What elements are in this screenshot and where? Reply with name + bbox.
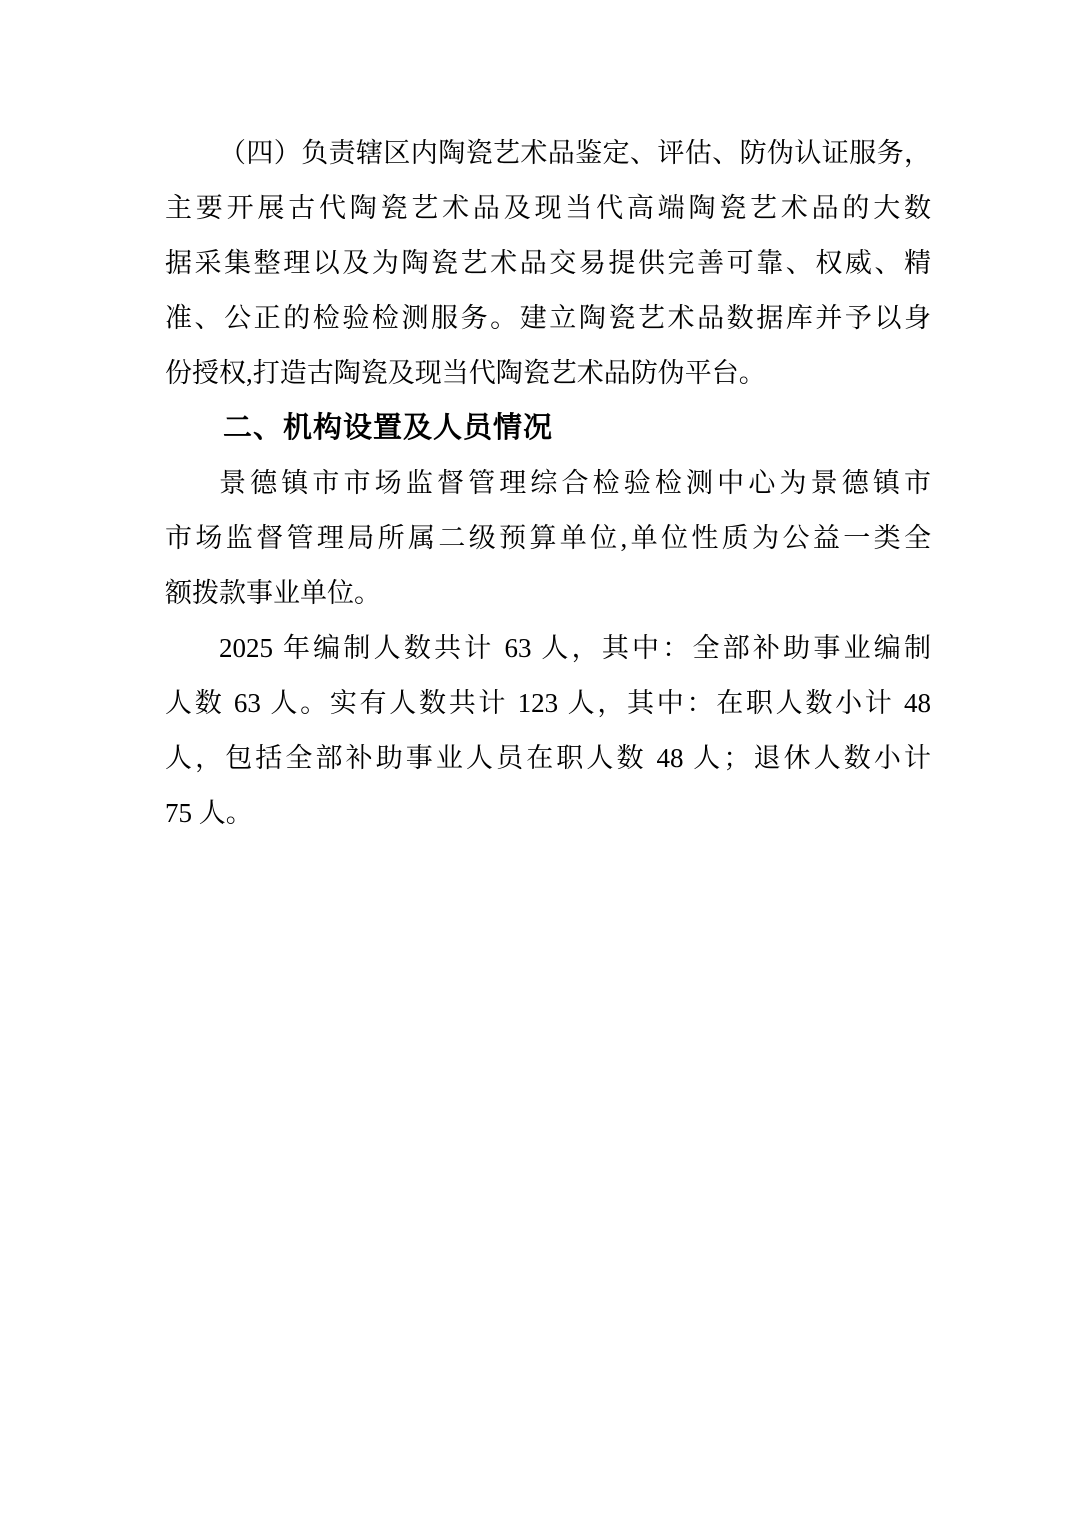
paragraph-line: 据采集整理以及为陶瓷艺术品交易提供完善可靠、权威、精 (165, 236, 931, 291)
paragraph-line: 准、公正的检验检测服务。建立陶瓷艺术品数据库并予以身 (165, 291, 931, 346)
paragraph-line: 75 人。 (165, 786, 931, 841)
paragraph-line: 2025 年编制人数共计 63 人，其中：全部补助事业编制 (165, 621, 931, 676)
paragraph-line: 份授权,打造古陶瓷及现当代陶瓷艺术品防伪平台。 (165, 346, 931, 401)
paragraph-line: （四）负责辖区内陶瓷艺术品鉴定、评估、防伪认证服务， (165, 126, 931, 181)
paragraph-line: 额拨款事业单位。 (165, 566, 931, 621)
paragraph-line: 市场监督管理局所属二级预算单位,单位性质为公益一类全 (165, 511, 931, 566)
paragraph-line: 景德镇市市场监督管理综合检验检测中心为景德镇市 (165, 456, 931, 511)
section-heading: 二、机构设置及人员情况 (165, 401, 931, 456)
document-page: （四）负责辖区内陶瓷艺术品鉴定、评估、防伪认证服务， 主要开展古代陶瓷艺术品及现… (0, 0, 1074, 1520)
document-text-block: （四）负责辖区内陶瓷艺术品鉴定、评估、防伪认证服务， 主要开展古代陶瓷艺术品及现… (165, 126, 931, 841)
paragraph-line: 人数 63 人。实有人数共计 123 人，其中：在职人数小计 48 (165, 676, 931, 731)
paragraph-line: 人，包括全部补助事业人员在职人数 48 人；退休人数小计 (165, 731, 931, 786)
paragraph-line: 主要开展古代陶瓷艺术品及现当代高端陶瓷艺术品的大数 (165, 181, 931, 236)
